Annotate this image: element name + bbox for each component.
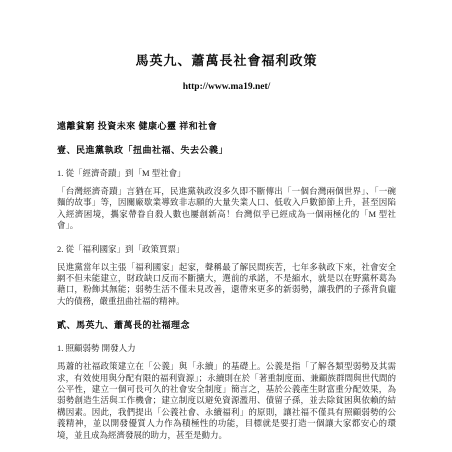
page-title: 馬英九、蕭萬長社會福利政策 <box>57 50 396 69</box>
section-2-paragraph-1: 馬蕭的社福政策建立在「公義」與「永續」的基礎上。公義是指「了解各類型弱勢及其需求… <box>57 361 396 441</box>
section-1-subheading-2: 2. 從「福利國家」到「政策買票」 <box>57 243 396 255</box>
section-1-heading: 壹、民進黨執政「扭曲社福、失去公義」 <box>57 143 396 156</box>
slogan-line: 遠離貧窮 投資未來 健康心靈 祥和社會 <box>57 119 396 132</box>
section-1-paragraph-1: 「台灣經濟奇蹟」言猶在耳，民進黨執政沒多久即不斷傳出「一個台灣兩個世界」、「一碗… <box>57 186 396 232</box>
section-2-heading: 貳、馬英九、蕭萬長的社福理念 <box>57 318 396 331</box>
document-page: 馬英九、蕭萬長社會福利政策 http://www.ma19.net/ 遠離貧窮 … <box>0 0 452 452</box>
section-2: 貳、馬英九、蕭萬長的社福理念 1. 照顧弱勢 開發人力 馬蕭的社福政策建立在「公… <box>57 318 396 441</box>
section-1: 壹、民進黨執政「扭曲社福、失去公義」 1. 從「經濟奇蹟」到「M 型社會」 「台… <box>57 143 396 307</box>
document-url: http://www.ma19.net/ <box>57 82 396 92</box>
section-1-paragraph-2: 民進黨當年以主張「福利國家」起家，聲稱最了解民間疾苦，七年多執政下來，社會安全網… <box>57 262 396 308</box>
section-2-subheading-1: 1. 照顧弱勢 開發人力 <box>57 342 396 354</box>
section-1-subheading-1: 1. 從「經濟奇蹟」到「M 型社會」 <box>57 167 396 179</box>
